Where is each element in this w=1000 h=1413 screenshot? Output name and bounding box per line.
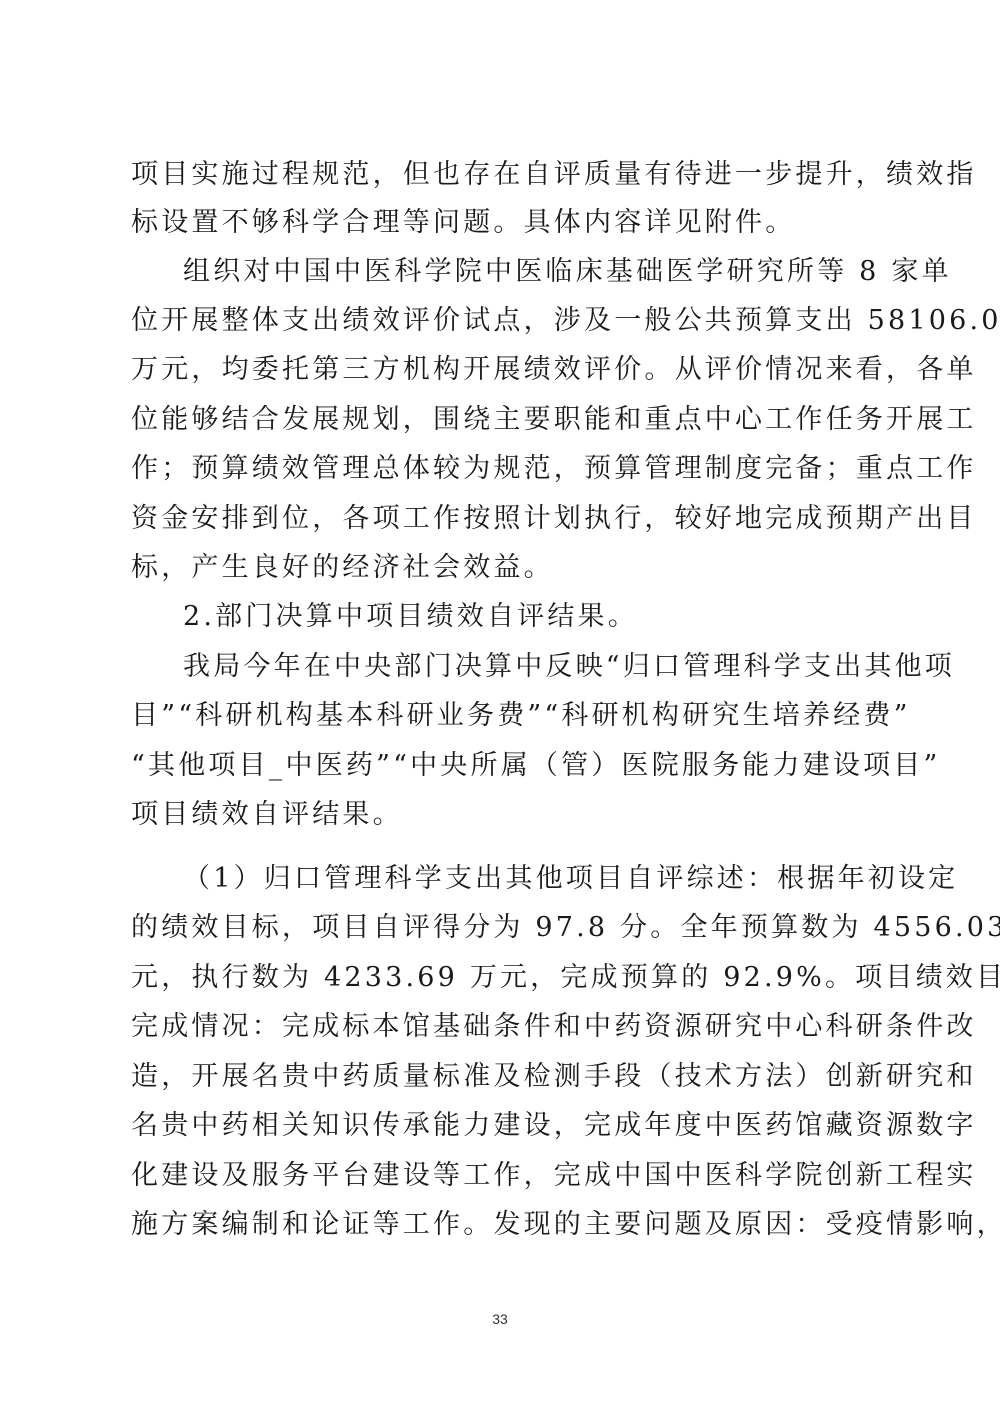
paragraph-line: 完成情况：完成标本馆基础条件和中药资源研究中心科研条件改: [131, 1010, 871, 1044]
document-page: 项目实施过程规范，但也存在自评质量有待进一步提升，绩效指 标设置不够科学合理等问…: [0, 0, 1000, 1413]
paragraph-line: 标设置不够科学合理等问题。具体内容详见附件。: [131, 206, 871, 240]
section-heading: 2.部门决算中项目绩效自评结果。: [183, 600, 871, 634]
paragraph-line: 项目实施过程规范，但也存在自评质量有待进一步提升，绩效指: [131, 158, 871, 192]
paragraph-line: 名贵中药相关知识传承能力建设，完成年度中医药馆藏资源数字: [131, 1109, 871, 1143]
paragraph-line: 造，开展名贵中药质量标准及检测手段（技术方法）创新研究和: [131, 1060, 871, 1094]
paragraph-line: 我局今年在中央部门决算中反映“归口管理科学支出其他项: [183, 650, 871, 684]
paragraph-line: 万元，均委托第三方机构开展绩效评价。从评价情况来看，各单: [131, 353, 871, 387]
paragraph-line: 化建设及服务平台建设等工作，完成中国中医科学院创新工程实: [131, 1159, 871, 1193]
paragraph-line: 标，产生良好的经济社会效益。: [131, 551, 871, 585]
page-number: 33: [0, 1311, 1000, 1327]
paragraph-line: 位开展整体支出绩效评价试点，涉及一般公共预算支出 58106.05: [131, 304, 871, 338]
paragraph-line: 元，执行数为 4233.69 万元，完成预算的 92.9%。项目绩效目标: [131, 961, 871, 995]
paragraph-line: （1）归口管理科学支出其他项目自评综述：根据年初设定: [183, 862, 871, 896]
paragraph-line: 作；预算绩效管理总体较为规范，预算管理制度完备；重点工作: [131, 452, 871, 486]
paragraph-line: 位能够结合发展规划，围绕主要职能和重点中心工作任务开展工: [131, 403, 871, 437]
paragraph-line: 资金安排到位，各项工作按照计划执行，较好地完成预期产出目: [131, 502, 871, 536]
paragraph-line: 项目绩效自评结果。: [131, 798, 871, 832]
paragraph-line: 施方案编制和论证等工作。发现的主要问题及原因：受疫情影响，: [131, 1208, 871, 1242]
paragraph-line: “其他项目_中医药”“中央所属（管）医院服务能力建设项目”: [131, 749, 871, 783]
paragraph-line: 组织对中国中医科学院中医临床基础医学研究所等 8 家单: [183, 255, 871, 289]
paragraph-line: 目”“科研机构基本科研业务费”“科研机构研究生培养经费”: [131, 699, 871, 733]
paragraph-line: 的绩效目标，项目自评得分为 97.8 分。全年预算数为 4556.03 万: [131, 911, 871, 945]
